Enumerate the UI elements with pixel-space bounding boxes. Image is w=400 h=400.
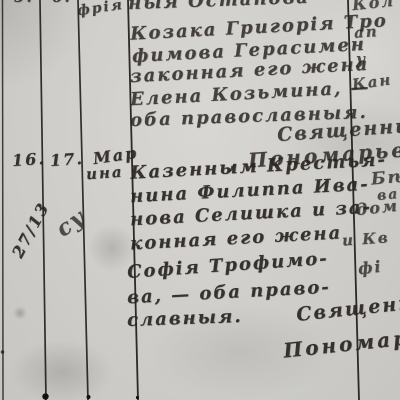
entry-number-female: 17. (49, 151, 84, 169)
ink-blot (136, 396, 139, 399)
column-rule (40, 0, 46, 400)
ink-blot (1, 350, 5, 354)
record-line: славныя. (127, 308, 243, 330)
column-rule (78, 0, 88, 400)
margin-fragment: дом (355, 198, 399, 218)
ink-blot (87, 395, 91, 399)
child-name-line: ина (86, 165, 125, 183)
margin-fragment: и Кв (342, 230, 391, 248)
entry-number-male: 16. (11, 151, 46, 169)
margin-fragment: фі (357, 259, 383, 277)
entry-number-female-fragment: 6. (52, 0, 72, 5)
ink-blot (42, 393, 48, 399)
column-rule (3, 0, 4, 400)
register-scan-page: 5. 6. фрія ныя Остапова Кол Козака Григо… (0, 0, 400, 400)
entry-number-male-fragment: 5. (14, 0, 34, 5)
